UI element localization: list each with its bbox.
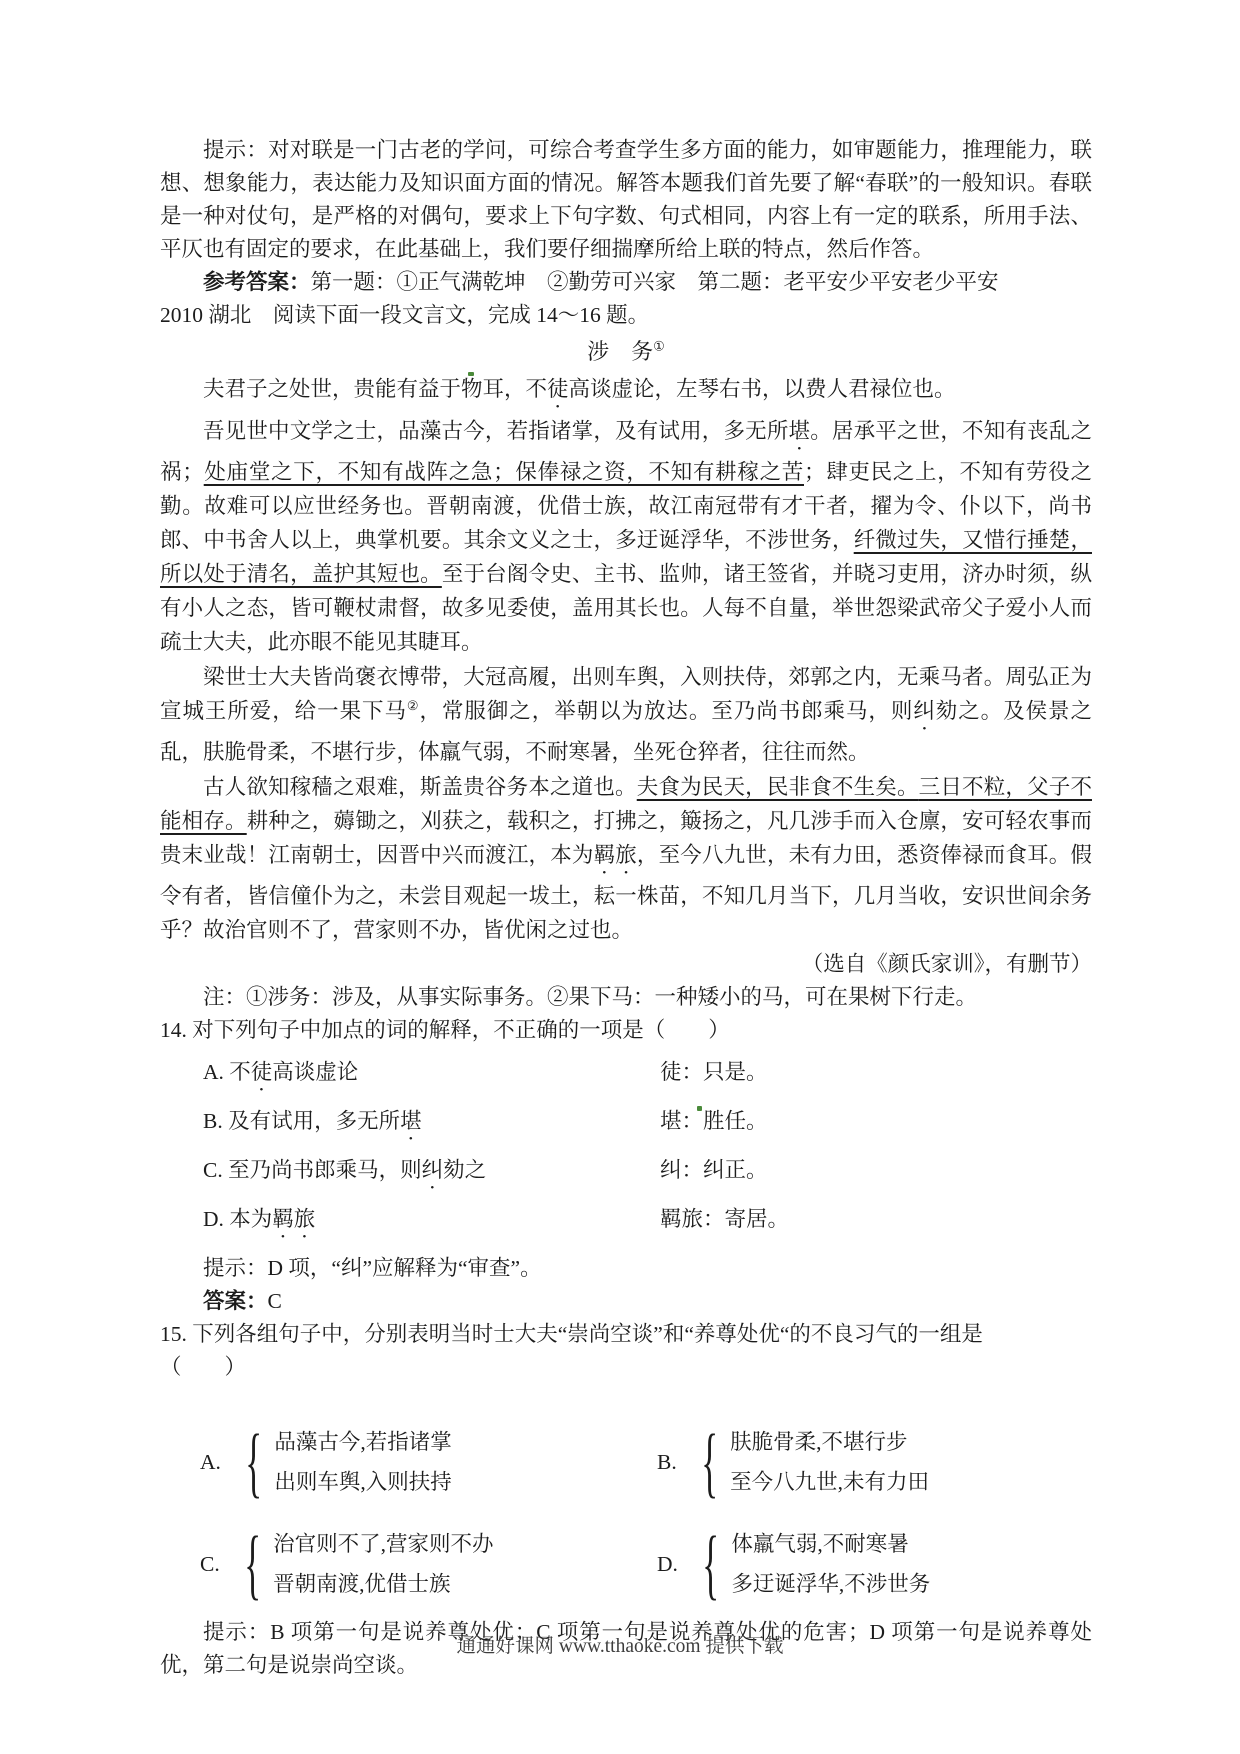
passage-paragraph-1: 夫君子之处世，贵能有益于物耳，不徒高谈虚论，左琴右书，以费人君禄位也。 [160,372,1092,413]
text-segment: ② [407,698,420,713]
question-15-stem-line1: 15. 下列各组句子中，分别表明当时士大夫“崇尚空谈”和“养尊处优“的不良习气的… [160,1318,1092,1351]
passage-paragraph-3: 梁世士大夫皆尚褒衣博带，大冠高履，出则车舆，入则扶侍，郊郭之内，无乘马者。周弘正… [160,660,1092,769]
left-brace-glyph: { [245,1425,262,1499]
text-segment: D 项，“纠”应解释为“审查”。 [268,1256,542,1280]
text-segment: 古人欲知稼穑之艰难，斯盖贵谷务本之道也。 [203,775,637,799]
question-15-option-d: D. { 体羸气弱,不耐寒暑 多迂诞浮华,不涉世务 [657,1524,930,1604]
scan-artifact [468,372,474,376]
passage-paragraph-2: 吾见世中文学之士，品藻古今，若指诸掌，及有试用，多无所堪。居承平之世，不知有丧乱… [160,414,1092,659]
text-segment: 第一题：①正气满乾坤 ②勤劳可兴家 第二题：老平安少平安老少平安 [311,270,999,294]
option-c-sentences: 治官则不了,营家则不办 晋朝南渡,优借士族 [273,1524,493,1604]
option-d-sentence-2: 多迂诞浮华,不涉世务 [731,1564,930,1604]
question-15-option-a: A. { 品藻古今,若指诸掌 出则车舆,入则扶持 [160,1422,657,1502]
hint-paragraph-couplet: 提示：对对联是一门古老的学问，可综合考查学生多方面的能力，如审题能力，推理能力，… [160,134,1092,266]
question-15-options-row-ab: A. { 品藻古今,若指诸掌 出则车舆,入则扶持 B. { 肤脆骨柔,不堪行步 … [160,1422,1092,1502]
text-segment: 提示： [203,138,268,162]
text-segment: 答案： [203,1289,268,1313]
text-segment: 堪 [789,419,811,443]
text-segment: 吾见世中文学之士，品藻古今，若指诸掌，及有试用，多无所 [203,419,789,443]
text-segment: 徒 [251,1060,273,1084]
option-a-text: A. 不徒高谈虚论 [160,1056,660,1096]
option-a-sentence-2: 出则车舆,入则扶持 [274,1462,451,1502]
text-segment: A. 不 [203,1060,251,1084]
passage-attribution: （选自《颜氏家训》，有删节） [160,948,1092,981]
text-segment: 处庙堂之下，不知有战阵之急；保俸禄之资，不知有耕稼之苦 [204,460,804,484]
text-segment: 堪 [400,1109,422,1133]
text-segment: B. 及有试用，多无所 [203,1109,400,1133]
left-brace-glyph: { [244,1527,261,1601]
text-segment: 夫君子之处世，贵能有益于物耳，不 [203,377,547,401]
option-d-text: D. 本为羁旅 [160,1203,660,1243]
passage-notes: 注：①涉务：涉及，从事实际事务。②果下马：一种矮小的马，可在果树下行走。 [160,981,1092,1014]
left-brace-glyph: { [701,1425,718,1499]
text-segment: 纠 [913,699,935,723]
text-segment: 劾之 [443,1158,486,1182]
option-a-sentence-1: 品藻古今,若指诸掌 [274,1422,451,1462]
exam-source-line: 2010 湖北 阅读下面一段文言文，完成 14～16 题。 [160,299,1092,332]
option-c-gloss: 纠：纠正。 [660,1154,1092,1194]
option-a-gloss: 徒：只是。 [660,1056,1092,1096]
passage-paragraph-4: 古人欲知稼穑之艰难，斯盖贵谷务本之道也。夫食为民天，民非食不生矣。三日不粒，父子… [160,770,1092,947]
text-segment: 参考答案： [203,270,311,294]
option-b-sentences: 肤脆骨柔,不堪行步 至今八九世,未有力田 [730,1422,929,1502]
document-page: { "doc": { "hint1": { "segs": [ { "t": "… [0,0,1240,1754]
question-15-options-row-cd: C. { 治官则不了,营家则不办 晋朝南渡,优借士族 D. { 体羸气弱,不耐寒… [160,1524,1092,1604]
text-segment: 夫食为民天，民非食不生矣。 [637,775,919,799]
option-d-sentences: 体羸气弱,不耐寒暑 多迂诞浮华,不涉世务 [731,1524,930,1604]
text-segment: 羁旅 [272,1207,315,1231]
text-segment: 涉 务 [587,339,653,364]
text-segment: ① [653,339,665,354]
text-segment: 徒 [547,377,569,401]
question-14-stem: 14. 对下列句子中加点的词的解释，不正确的一项是（ ） [160,1014,1092,1047]
option-a-sentences: 品藻古今,若指诸掌 出则车舆,入则扶持 [274,1422,451,1502]
question-14-hint: 提示：D 项，“纠”应解释为“审查”。 [160,1252,1092,1285]
question-14-option-a: A. 不徒高谈虚论 徒：只是。 [160,1056,1092,1096]
text-segment: 对对联是一门古老的学问，可综合考查学生多方面的能力，如审题能力，推理能力，联想、… [160,138,1092,261]
option-b-text: B. 及有试用，多无所堪 [160,1105,660,1145]
option-a-label: A. [200,1446,221,1479]
question-15-option-b: B. { 肤脆骨柔,不堪行步 至今八九世,未有力田 [657,1422,929,1502]
question-14-option-c: C. 至乃尚书郎乘马，则纠劾之 纠：纠正。 [160,1154,1092,1194]
option-c-sentence-2: 晋朝南渡,优借士族 [273,1564,493,1604]
text-segment: C [268,1289,282,1313]
site-footer: 通通好课网 www.tthaoke.com 提供下载 [0,1634,1240,1660]
passage-title: 涉 务① [160,334,1092,370]
option-d-gloss: 羁旅：寄居。 [660,1203,1092,1243]
option-c-sentence-1: 治官则不了,营家则不办 [273,1524,493,1564]
text-segment: 提示： [203,1256,268,1280]
option-c-label: C. [200,1548,220,1581]
question-14-option-d: D. 本为羁旅 羁旅：寄居。 [160,1203,1092,1243]
option-b-gloss: 堪：胜任。 [660,1105,1092,1145]
question-14-answer: 答案：C [160,1285,1092,1318]
option-d-label: D. [657,1548,678,1581]
text-segment: 高谈虚论，左琴右书，以费人君禄位也。 [569,377,956,401]
option-b-sentence-1: 肤脆骨柔,不堪行步 [730,1422,929,1462]
option-b-label: B. [657,1446,677,1479]
reference-answer-paragraph: 参考答案：第一题：①正气满乾坤 ②勤劳可兴家 第二题：老平安少平安老少平安 [160,266,1092,299]
option-b-sentence-2: 至今八九世,未有力田 [730,1462,929,1502]
option-c-text: C. 至乃尚书郎乘马，则纠劾之 [160,1154,660,1194]
text-segment: 高谈虚论 [272,1060,358,1084]
question-15-stem-line2: （ ） [160,1351,1092,1384]
text-segment: ，常服御之，举朝以为放达。至乃尚书郎乘马，则 [420,699,914,723]
scan-artifact [697,1106,702,1111]
option-d-sentence-1: 体羸气弱,不耐寒暑 [731,1524,930,1564]
text-segment: C. 至乃尚书郎乘马，则 [203,1158,422,1182]
text-segment: 羁旅 [594,843,637,867]
question-14-option-b: B. 及有试用，多无所堪 堪：胜任。 [160,1105,1092,1145]
document-content: 提示：对对联是一门古老的学问，可综合考查学生多方面的能力，如审题能力，推理能力，… [160,134,1092,1682]
left-brace-glyph: { [702,1527,719,1601]
text-segment: 纠 [422,1158,444,1182]
question-15-option-c: C. { 治官则不了,营家则不办 晋朝南渡,优借士族 [160,1524,657,1604]
text-segment: D. 本为 [203,1207,272,1231]
